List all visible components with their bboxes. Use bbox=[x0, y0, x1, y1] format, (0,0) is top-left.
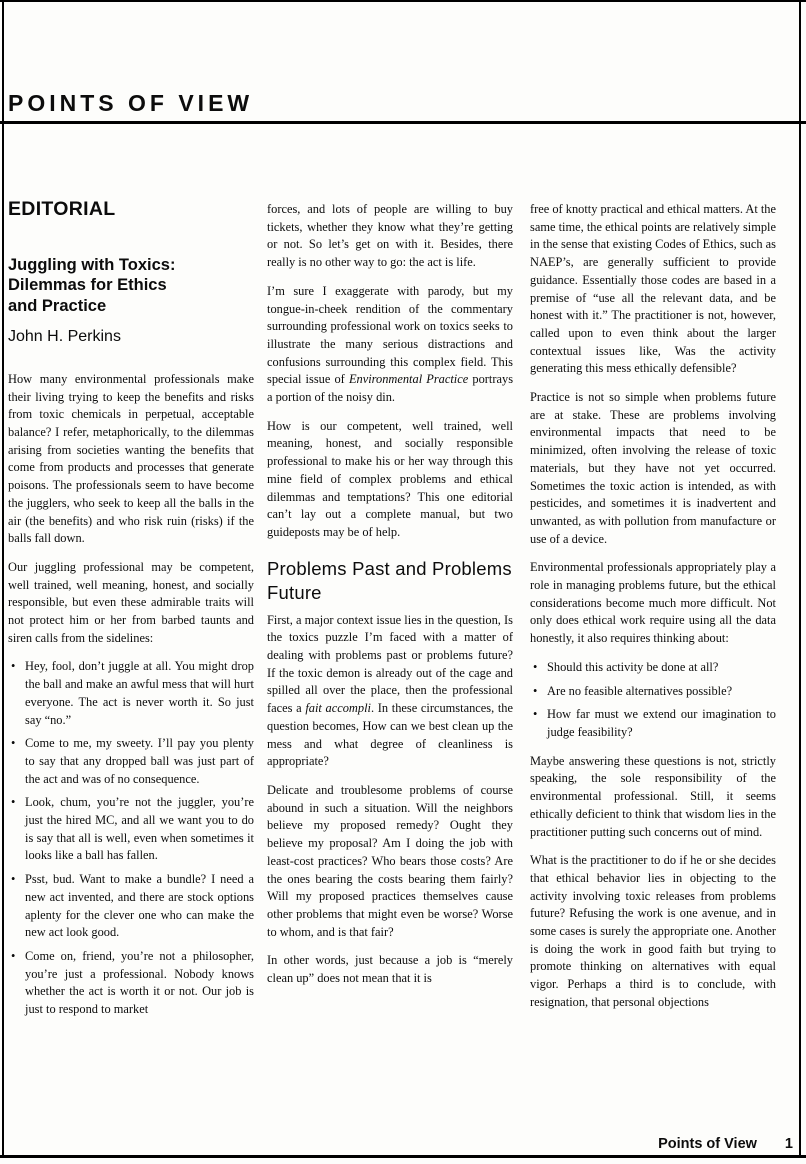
list-item: How far must we extend our imagination t… bbox=[530, 706, 776, 741]
paragraph: First, a major context issue lies in the… bbox=[267, 612, 513, 771]
paragraph: Practice is not so simple when problems … bbox=[530, 389, 776, 548]
ethics-questions-list: Should this activity be done at all? Are… bbox=[530, 659, 776, 742]
page-border-left bbox=[2, 0, 4, 1157]
section-label: EDITORIAL bbox=[8, 201, 254, 219]
list-item: Hey, fool, don’t juggle at all. You migh… bbox=[8, 658, 254, 729]
paragraph: Maybe answering these questions is not, … bbox=[530, 753, 776, 842]
paragraph: Delicate and troublesome problems of cou… bbox=[267, 782, 513, 941]
page-footer: Points of View1 bbox=[658, 1136, 793, 1152]
paragraph: What is the practitioner to do if he or … bbox=[530, 852, 776, 1011]
page-border-right bbox=[799, 0, 801, 1157]
article-title: Juggling with Toxics: Dilemmas for Ethic… bbox=[8, 255, 193, 317]
list-item: Should this activity be done at all? bbox=[530, 659, 776, 677]
masthead-rule bbox=[0, 121, 806, 124]
list-item: Come on, friend, you’re not a philosophe… bbox=[8, 948, 254, 1019]
paragraph: How is our competent, well trained, well… bbox=[267, 418, 513, 542]
middle-column: forces, and lots of people are willing t… bbox=[267, 201, 513, 1151]
paragraph-continuation: forces, and lots of people are willing t… bbox=[267, 201, 513, 272]
left-column: EDITORIAL Juggling with Toxics: Dilemmas… bbox=[8, 201, 254, 1151]
page-border-top bbox=[0, 0, 806, 2]
paragraph: How many environmental professionals mak… bbox=[8, 371, 254, 548]
masthead-title: POINTS OF VIEW bbox=[8, 90, 253, 117]
author-name: John H. Perkins bbox=[8, 328, 254, 346]
paragraph-continuation: free of knotty practical and ethical mat… bbox=[530, 201, 776, 378]
page-border-bottom bbox=[0, 1155, 806, 1158]
section-heading: Problems Past and Problems Future bbox=[267, 557, 513, 605]
list-item: Psst, bud. Want to make a bundle? I need… bbox=[8, 871, 254, 942]
list-item: Look, chum, you’re not the juggler, you’… bbox=[8, 794, 254, 865]
list-item: Are no feasible alternatives possible? bbox=[530, 683, 776, 701]
paragraph: Environmental professionals appropriatel… bbox=[530, 559, 776, 648]
paragraph: Our juggling professional may be compete… bbox=[8, 559, 254, 648]
page-number: 1 bbox=[785, 1136, 793, 1152]
paragraph: I’m sure I exaggerate with parody, but m… bbox=[267, 283, 513, 407]
right-column: free of knotty practical and ethical mat… bbox=[530, 201, 776, 1151]
sideline-taunts-list: Hey, fool, don’t juggle at all. You migh… bbox=[8, 658, 254, 1018]
paragraph: In other words, just because a job is “m… bbox=[267, 952, 513, 987]
footer-running-title: Points of View bbox=[658, 1136, 757, 1152]
journal-page: POINTS OF VIEW EDITORIAL Juggling with T… bbox=[0, 0, 806, 1164]
list-item: Come to me, my sweety. I’ll pay you plen… bbox=[8, 735, 254, 788]
